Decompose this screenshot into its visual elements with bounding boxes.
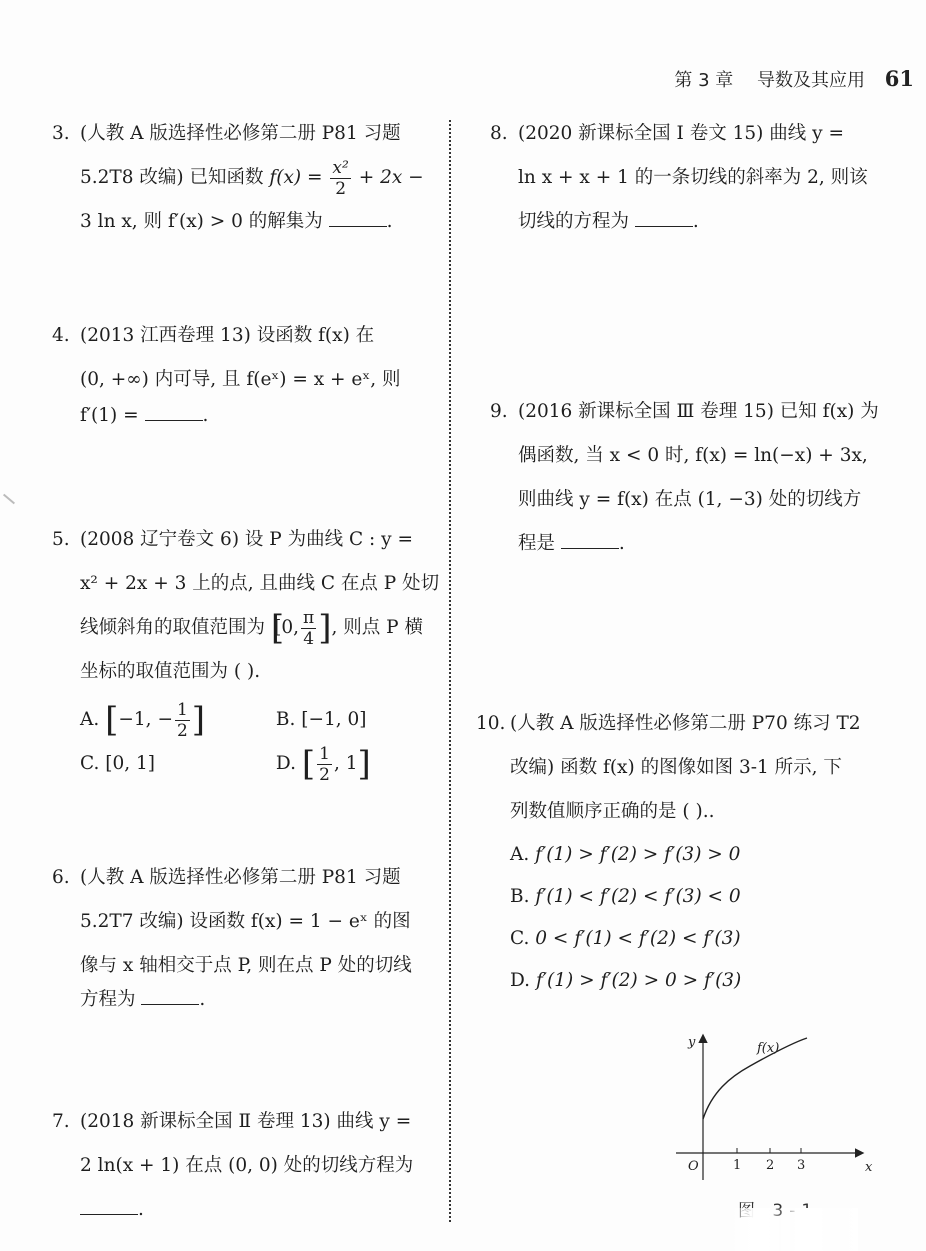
formula-tail: + 2x − (359, 167, 424, 188)
problem-3: 3.(人教 A 版选择性必修第二册 P81 习题 5.2T8 改编) 已知函数 … (52, 112, 452, 244)
problem-source: (人教 A 版选择性必修第二册 P81 习题 (80, 867, 401, 888)
problem-text: 线倾斜角的取值范围为 (80, 617, 271, 638)
problem-9: 9.(2016 新课标全国 Ⅲ 卷理 15) 已知 f(x) 为 偶函数, 当 … (490, 390, 910, 566)
option-c[interactable]: C. [0, 1] (80, 742, 270, 786)
problem-number: 9. (490, 390, 518, 434)
problem-text: 则曲线 y = f(x) 在点 (1, −3) 处的切线方 (490, 478, 910, 522)
problem-text: ln x + x + 1 的一条切线的斜率为 2, 则该 (490, 156, 910, 200)
problem-10: 10.(人教 A 版选择性必修第二册 P70 练习 T2 改编) 函数 f(x)… (476, 702, 906, 1002)
problem-text: 坐标的取值范围为 ( ). (52, 650, 452, 694)
option-a[interactable]: A. f′(1) > f′(2) > f′(3) > 0 (476, 834, 906, 876)
chapter-title: 导数及其应用 (757, 70, 865, 91)
problem-source: (2013 江西卷理 13) 设函数 f(x) 在 (80, 325, 374, 346)
problem-6: 6.(人教 A 版选择性必修第二册 P81 习题 5.2T7 改编) 设函数 f… (52, 856, 452, 1022)
problem-text: 偶函数, 当 x < 0 时, f(x) = ln(−x) + 3x, (490, 434, 910, 478)
problem-source: (2016 新课标全国 Ⅲ 卷理 15) 已知 f(x) 为 (518, 401, 879, 422)
problem-number: 7. (52, 1100, 80, 1144)
function-graph: y x O f(x) 1 2 3 (660, 1022, 880, 1202)
problem-source: (人教 A 版选择性必修第二册 P81 习题 (80, 123, 401, 144)
answer-blank[interactable] (141, 988, 199, 1005)
problem-source: (2018 新课标全国 Ⅱ 卷理 13) 曲线 y = (80, 1111, 411, 1132)
options-row: A. [−1, −12] B. [−1, 0] (52, 698, 452, 742)
problem-text: 3 ln x, 则 f′(x) > 0 的解集为 (80, 211, 323, 232)
x-tick-3: 3 (797, 1158, 805, 1173)
answer-blank[interactable] (329, 210, 387, 227)
caption-fade-overlay (728, 1208, 858, 1251)
problem-7: 7.(2018 新课标全国 Ⅱ 卷理 13) 曲线 y = 2 ln(x + 1… (52, 1100, 452, 1232)
problem-number: 3. (52, 112, 80, 156)
option-d[interactable]: D. f′(1) > f′(2) > 0 > f′(3) (476, 960, 906, 1002)
problem-text: f′(1) = (80, 405, 139, 426)
problem-8: 8.(2020 新课标全国 I 卷文 15) 曲线 y = ln x + x +… (490, 112, 910, 244)
answer-blank[interactable] (145, 404, 203, 421)
formula: f(x) = (269, 167, 322, 188)
option-b[interactable]: B. f′(1) < f′(2) < f′(3) < 0 (476, 876, 906, 918)
problem-source: (2020 新课标全国 I 卷文 15) 曲线 y = (518, 123, 844, 144)
problem-text: 切线的方程为 (518, 211, 629, 232)
x-tick-1: 1 (733, 1158, 741, 1173)
problem-4: 4.(2013 江西卷理 13) 设函数 f(x) 在 (0, +∞) 内可导,… (52, 314, 452, 438)
problem-number: 10. (476, 702, 510, 746)
problem-source: (2008 辽宁卷文 6) 设 P 为曲线 C : y = (80, 529, 413, 550)
problem-text: 2 ln(x + 1) 在点 (0, 0) 处的切线方程为 (52, 1144, 452, 1188)
x-tick-2: 2 (766, 1158, 774, 1173)
problem-text: 方程为 (80, 989, 136, 1010)
problem-source: (人教 A 版选择性必修第二册 P70 练习 T2 (510, 713, 861, 734)
x-label: x (865, 1160, 873, 1175)
answer-blank[interactable] (635, 210, 693, 227)
problem-number: 8. (490, 112, 518, 156)
problem-number: 6. (52, 856, 80, 900)
y-label: y (687, 1035, 696, 1050)
textbook-page: 第 3 章 导数及其应用 61 3.(人教 A 版选择性必修第二册 P81 习题… (0, 0, 926, 1251)
scan-edge-mark (3, 494, 15, 505)
page-number: 61 (885, 66, 914, 91)
fraction: π4 (301, 608, 316, 649)
option-d[interactable]: D. [12, 1] (276, 742, 371, 786)
problem-5: 5.(2008 辽宁卷文 6) 设 P 为曲线 C : y = x² + 2x … (52, 518, 452, 786)
option-b[interactable]: B. [−1, 0] (276, 698, 367, 742)
problem-text: 改编) 函数 f(x) 的图像如图 3-1 所示, 下 (476, 746, 906, 790)
problem-text: 列数值顺序正确的是 ( ).. (476, 790, 906, 834)
options-row: C. [0, 1] D. [12, 1] (52, 742, 452, 786)
problem-number: 4. (52, 314, 80, 358)
answer-blank[interactable] (561, 532, 619, 549)
running-head: 第 3 章 导数及其应用 61 (674, 66, 914, 92)
problem-text: 5.2T7 改编) 设函数 f(x) = 1 − eˣ 的图 (52, 900, 452, 944)
chapter-label: 第 3 章 (674, 70, 733, 91)
problem-text: x² + 2x + 3 上的点, 且曲线 C 在点 P 处切 (52, 562, 452, 606)
option-c[interactable]: C. 0 < f′(1) < f′(2) < f′(3) (476, 918, 906, 960)
option-a[interactable]: A. [−1, −12] (80, 698, 270, 742)
problem-number: 5. (52, 518, 80, 562)
curve-label: f(x) (756, 1041, 779, 1056)
fraction: x²2 (330, 158, 350, 199)
problem-text: 程是 (518, 533, 555, 554)
answer-blank[interactable] (80, 1198, 138, 1215)
problem-text: 5.2T8 改编) 已知函数 (80, 167, 269, 188)
curve-fx (703, 1038, 807, 1119)
origin-label: O (688, 1159, 699, 1174)
